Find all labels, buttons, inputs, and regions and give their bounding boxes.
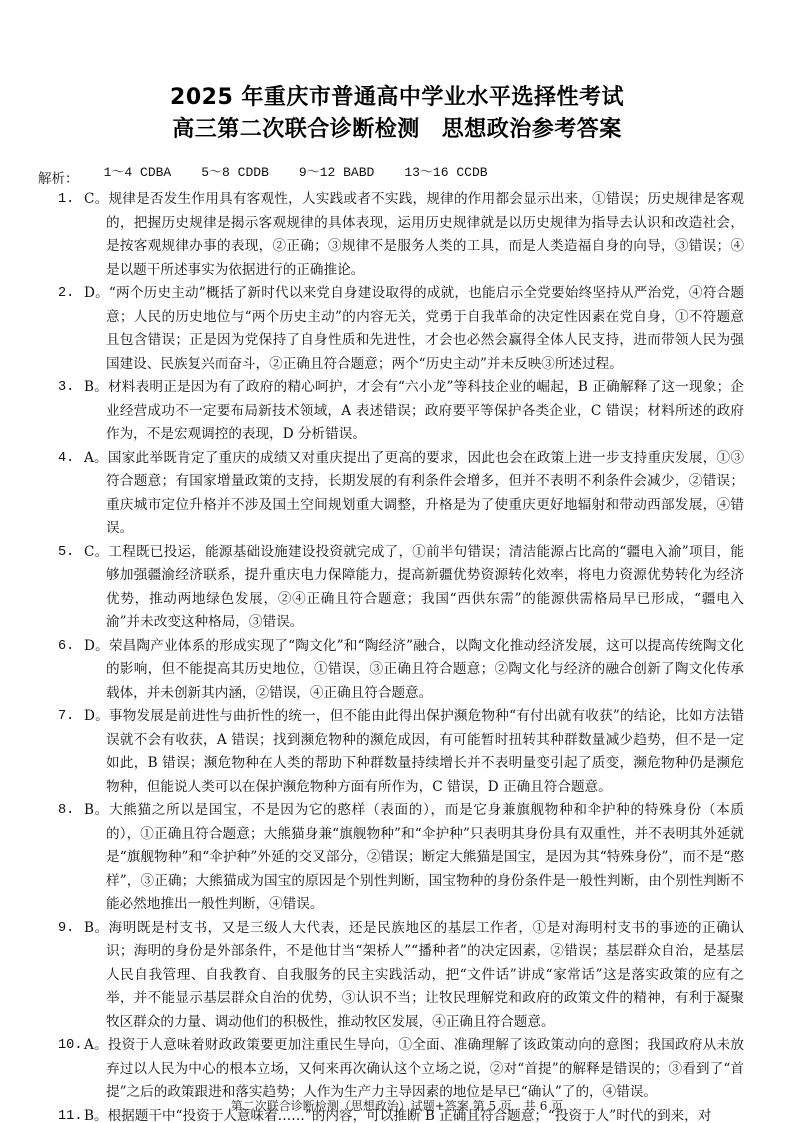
item-text: A。投资于人意味着财政政策要更加注重民生导向，①全面、准确理解了该政策动向的意图… bbox=[58, 1034, 744, 1105]
item-text: D。事物发展是前进性与曲折性的统一，但不能由此得出保护濒危物种“有付出就有收获”… bbox=[58, 705, 744, 799]
item-text: B。大熊猫之所以是国宝，不是因为它的憨样（表面的），而是它身兼旗舰物种和伞护种的… bbox=[58, 799, 744, 917]
analysis-item: 3.B。材料表明正是因为有了政府的精心呵护，才会有“六小龙”等科技企业的崛起，B… bbox=[58, 376, 744, 447]
answer-group: 13～16 CCDB bbox=[404, 165, 487, 180]
item-number: 2. bbox=[58, 282, 84, 306]
analysis-item: 4.A。国家此举既肯定了重庆的成绩又对重庆提出了更高的要求，因此也会在政策上进一… bbox=[58, 447, 744, 541]
analysis-item: 8.B。大熊猫之所以是国宝，不是因为它的憨样（表面的），而是它身兼旗舰物种和伞护… bbox=[58, 799, 744, 917]
analysis-item: 6.D。荣昌陶产业体系的形成实现了“陶文化”和“陶经济”融合，以陶文化推动经济发… bbox=[58, 635, 744, 706]
item-number: 3. bbox=[58, 376, 84, 400]
item-text: D。“两个历史主动”概括了新时代以来党自身建设取得的成就，也能启示全党要始终坚持… bbox=[58, 282, 744, 376]
analysis-item: 7.D。事物发展是前进性与曲折性的统一，但不能由此得出保护濒危物种“有付出就有收… bbox=[58, 705, 744, 799]
answer-key: 1～4 CDBA5～8 CDDB9～12 BABD13～16 CCDB bbox=[88, 146, 518, 180]
analysis-item: 5.C。工程既已投运，能源基础设施建设投资就完成了，①前半句错误；清洁能源占比高… bbox=[58, 541, 744, 635]
item-text: A。国家此举既肯定了重庆的成绩又对重庆提出了更高的要求，因此也会在政策上进一步支… bbox=[58, 447, 744, 541]
subject-answer-title: 思想政治参考答案 bbox=[442, 117, 622, 142]
item-text: C。工程既已投运，能源基础设施建设投资就完成了，①前半句错误；清洁能源占比高的“… bbox=[58, 541, 744, 635]
analysis-item: 10.A。投资于人意味着财政政策要更加注重民生导向，①全面、准确理解了该政策动向… bbox=[58, 1034, 744, 1105]
analysis-item: 9.B。海明既是村支书，又是三级人大代表，还是民族地区的基层工作者，①是对海明村… bbox=[58, 917, 744, 1035]
item-number: 4. bbox=[58, 447, 84, 471]
document-title-line2: 高三第二次联合诊断检测思想政治参考答案 bbox=[0, 112, 794, 143]
document-title-line1: 2025 年重庆市普通高中学业水平选择性考试 bbox=[0, 80, 794, 111]
item-text: B。材料表明正是因为有了政府的精心呵护，才会有“六小龙”等科技企业的崛起，B 正… bbox=[58, 376, 744, 447]
item-text: C。规律是否发生作用具有客观性，人实践或者不实践，规律的作用都会显示出来，①错误… bbox=[58, 188, 744, 282]
page-footer: 第二次联合诊断检测（思想政治）试题+答案 第 5 页 共 6 页 bbox=[0, 1097, 794, 1114]
analysis-label: 解析： bbox=[38, 167, 79, 187]
item-number: 8. bbox=[58, 799, 84, 823]
answer-group: 1～4 CDBA bbox=[104, 165, 172, 180]
item-number: 10. bbox=[58, 1034, 84, 1058]
answer-group: 5～8 CDDB bbox=[201, 165, 269, 180]
analysis-item: 1.C。规律是否发生作用具有客观性，人实践或者不实践，规律的作用都会显示出来，①… bbox=[58, 188, 744, 282]
item-number: 1. bbox=[58, 188, 84, 212]
item-text: D。荣昌陶产业体系的形成实现了“陶文化”和“陶经济”融合，以陶文化推动经济发展，… bbox=[58, 635, 744, 706]
item-number: 6. bbox=[58, 635, 84, 659]
exam-name: 高三第二次联合诊断检测 bbox=[172, 117, 420, 142]
answer-group: 9～12 BABD bbox=[299, 165, 374, 180]
item-number: 5. bbox=[58, 541, 84, 565]
item-number: 9. bbox=[58, 917, 84, 941]
analysis-list: 1.C。规律是否发生作用具有客观性，人实践或者不实践，规律的作用都会显示出来，①… bbox=[58, 188, 744, 1123]
item-text: B。海明既是村支书，又是三级人大代表，还是民族地区的基层工作者，①是对海明村支书… bbox=[58, 917, 744, 1035]
analysis-item: 2.D。“两个历史主动”概括了新时代以来党自身建设取得的成就，也能启示全党要始终… bbox=[58, 282, 744, 376]
item-number: 7. bbox=[58, 705, 84, 729]
